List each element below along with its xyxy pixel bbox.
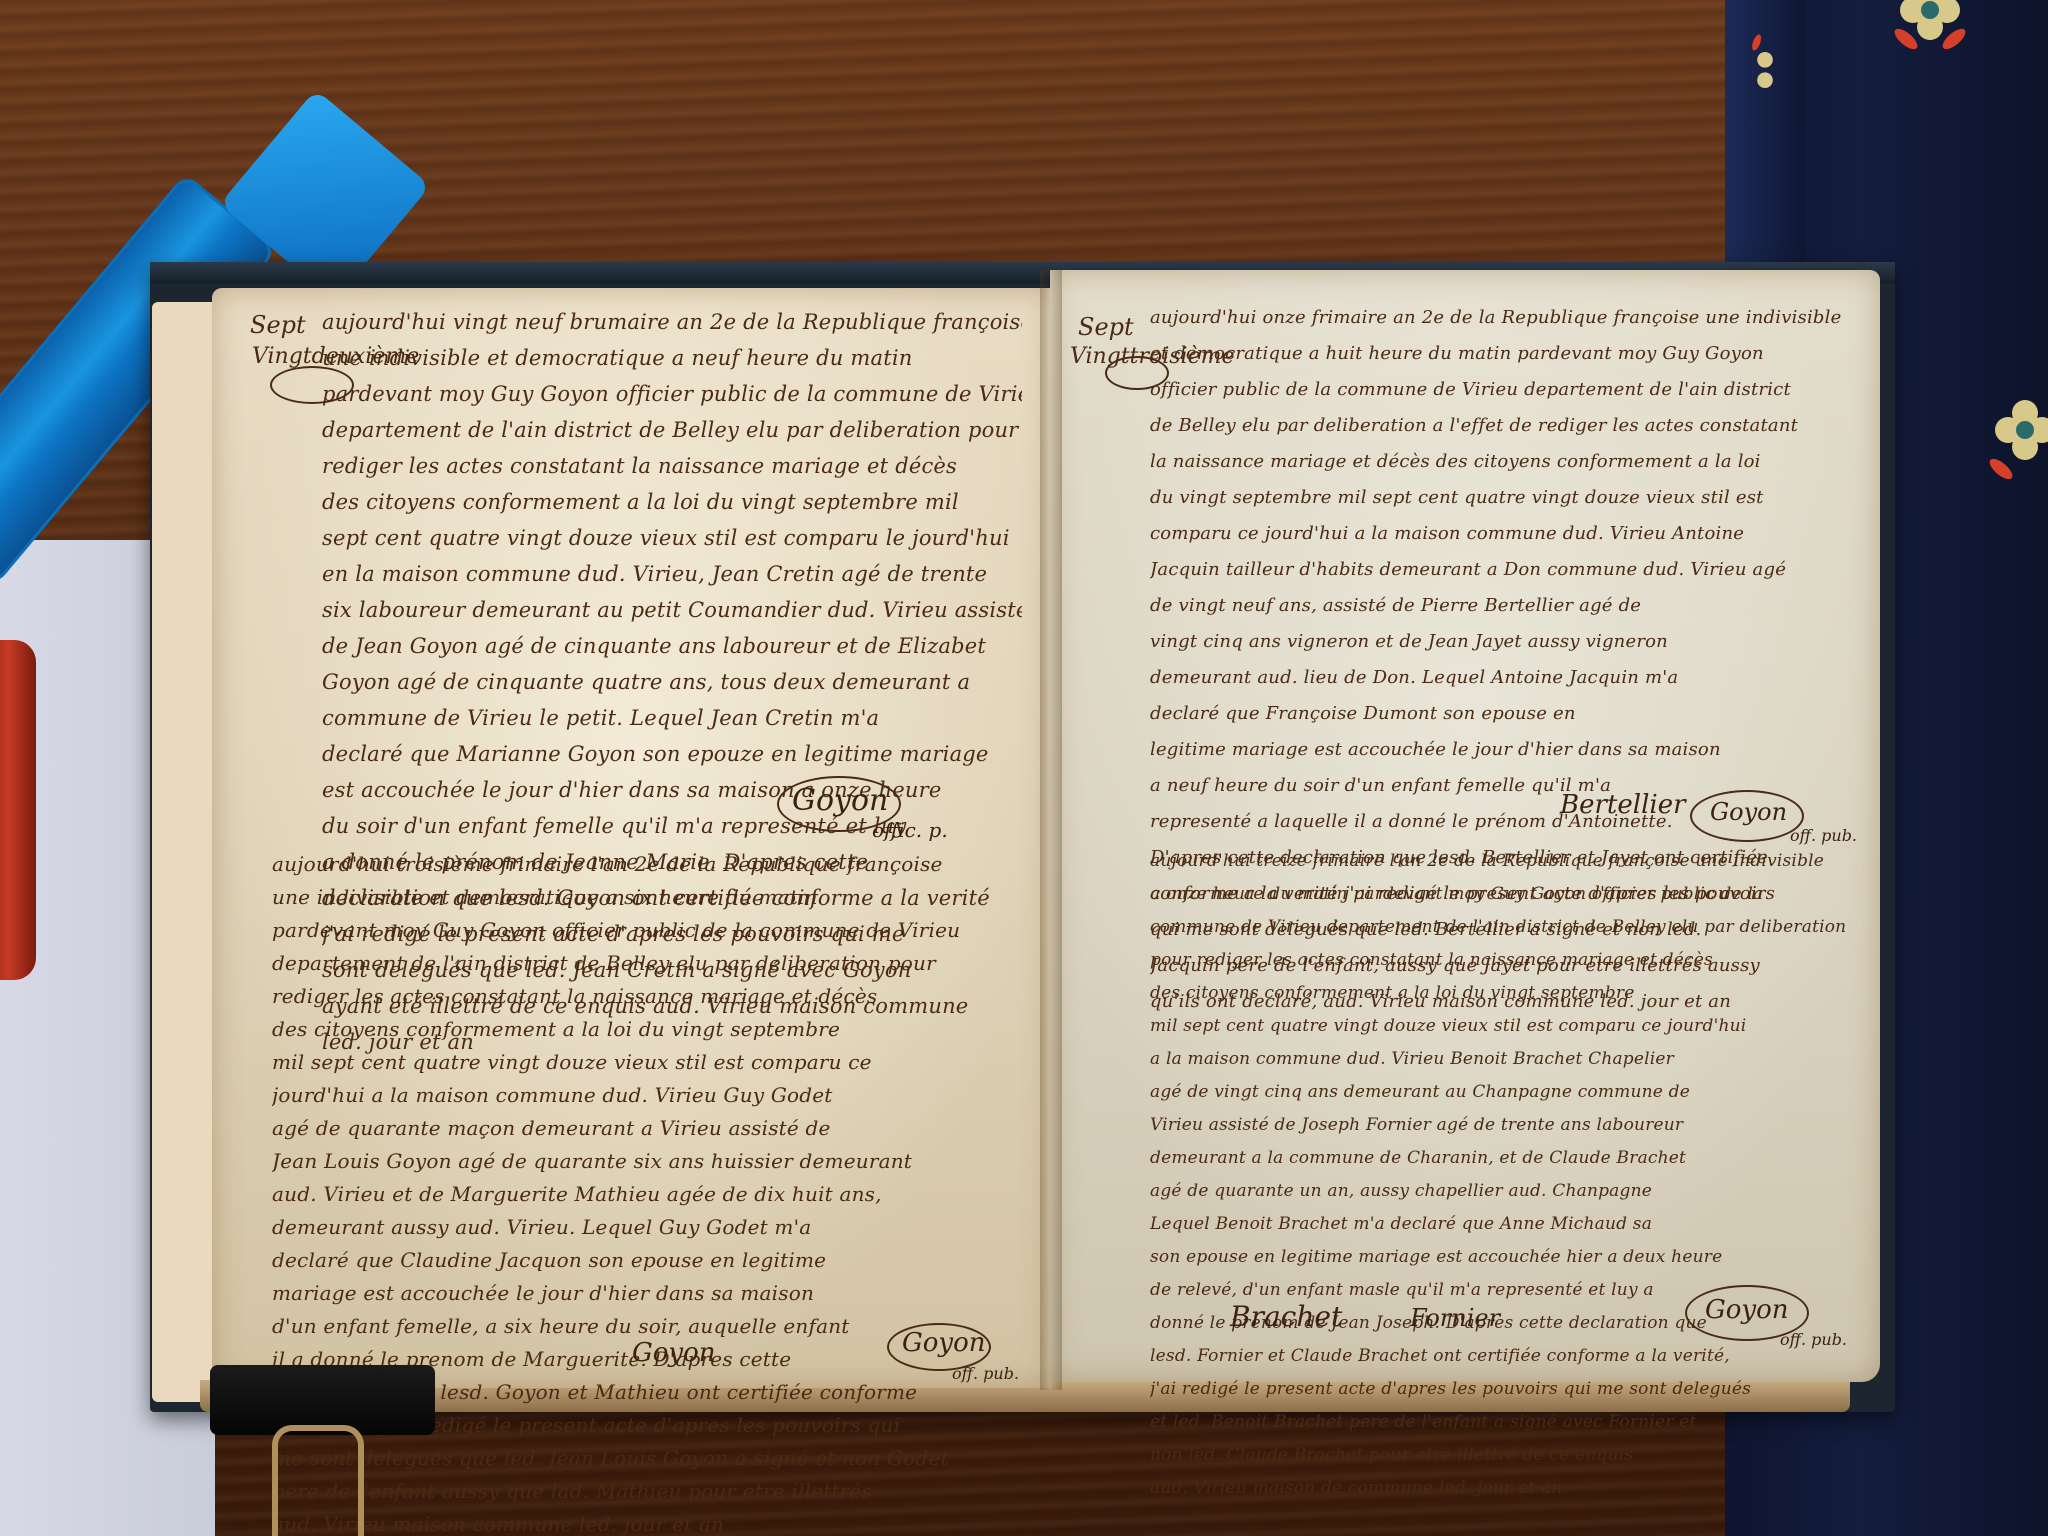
fabric-flower bbox=[1747, 52, 1783, 88]
left-page: Sept Vingtdeuxième aujourd'hui vingt neu… bbox=[212, 288, 1052, 1388]
fabric-flower bbox=[1900, 0, 1960, 40]
right-page: Sept Vingttroisième aujourd'hui onze fri… bbox=[1050, 270, 1880, 1382]
book-gutter bbox=[1040, 270, 1062, 1390]
red-object bbox=[0, 640, 36, 980]
signature-goyon-witness: Goyon bbox=[632, 1338, 716, 1368]
right-entry-2: aujourd'hui treize frimaire l'an 2e de l… bbox=[1150, 845, 1850, 1505]
signature-officer-title: off. pub. bbox=[1780, 1330, 1847, 1349]
signature-officer-title: off. pub. bbox=[1790, 826, 1857, 845]
signature-brachet: Brachet bbox=[1230, 1300, 1342, 1333]
signature-officer-title: off. pub. bbox=[952, 1364, 1019, 1383]
signature-flourish bbox=[1690, 790, 1804, 842]
signature-officer: offic. p. bbox=[872, 818, 948, 842]
fabric-flower bbox=[1995, 400, 2048, 460]
signature-bertellier: Bertellier bbox=[1560, 790, 1686, 820]
right-margin-note-top: Sept bbox=[1078, 312, 1134, 342]
left-margin-note-top: Sept bbox=[250, 310, 306, 340]
signature-fornier: Fornier bbox=[1410, 1304, 1500, 1332]
binder-clip-handle bbox=[272, 1425, 364, 1536]
